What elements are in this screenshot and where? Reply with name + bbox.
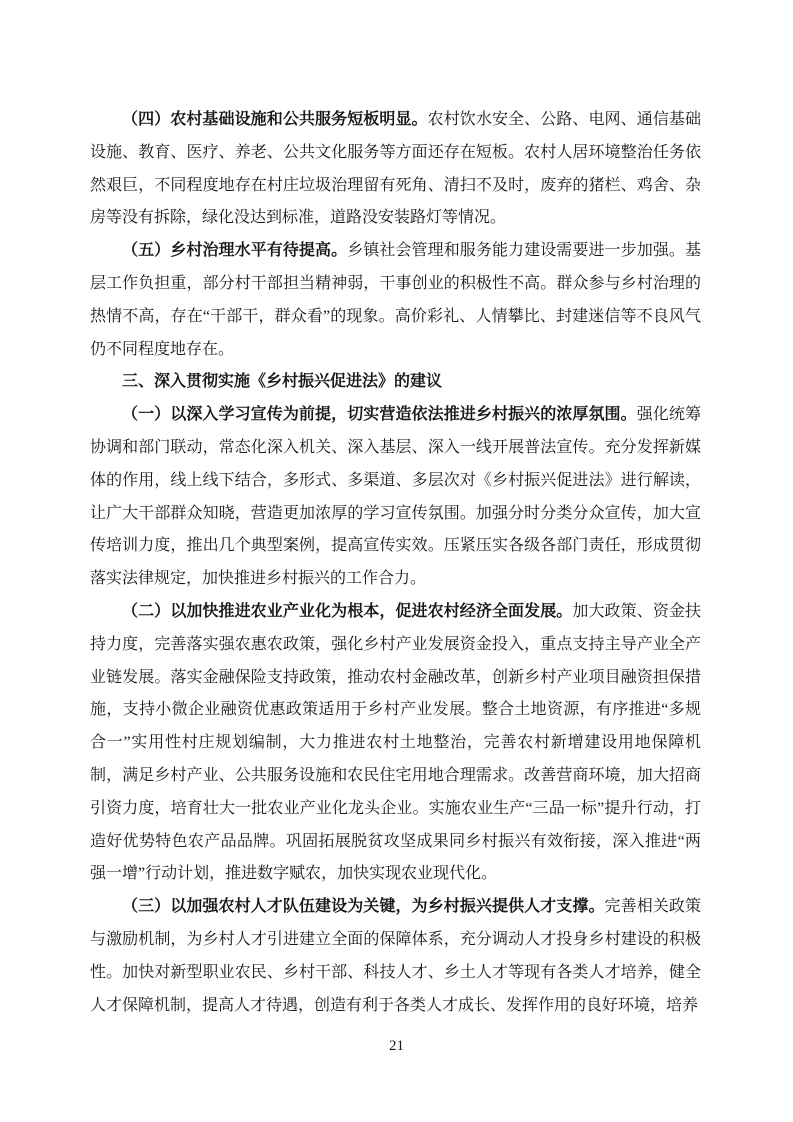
paragraph-sub2: （二）以加快推进农业产业化为根本，促进农村经济全面发展。加大政策、资金扶持力度，…: [90, 596, 701, 891]
paragraph-section4-body: 农村饮水安全、公路、电网、通信基础设施、教育、医疗、养老、公共文化服务等方面还存…: [90, 111, 701, 226]
paragraph-section4-lead: （四）农村基础设施和公共服务短板明显。: [122, 111, 428, 128]
paragraph-sub3-body: 完善相关政策与激励机制，为乡村人才引进建立全面的保障体系，充分调动人才投身乡村建…: [90, 898, 701, 1013]
paragraph-section5: （五）乡村治理水平有待提高。乡镇社会管理和服务能力建设需要进一步加强。基层工作负…: [90, 235, 701, 366]
paragraph-sub2-lead: （二）以加快推进农业产业化为根本，促进农村经济全面发展。: [122, 603, 572, 620]
paragraph-sub1-lead: （一）以深入学习宣传为前提，切实营造依法推进乡村振兴的浓厚氛围。: [122, 406, 637, 423]
paragraph-section5-body: 乡镇社会管理和服务能力建设需要进一步加强。基层工作负担重，部分村干部担当精神弱，…: [90, 242, 701, 357]
paragraph-sub3: （三）以加强农村人才队伍建设为关键，为乡村振兴提供人才支撑。完善相关政策与激励机…: [90, 891, 701, 1022]
paragraph-section4: （四）农村基础设施和公共服务短板明显。农村饮水安全、公路、电网、通信基础设施、教…: [90, 104, 701, 235]
document-page: （四）农村基础设施和公共服务短板明显。农村饮水安全、公路、电网、通信基础设施、教…: [0, 0, 793, 1122]
paragraph-sub1-body: 强化统筹协调和部门联动，常态化深入机关、深入基层、深入一线开展普法宣传。充分发挥…: [90, 406, 701, 587]
paragraph-section5-lead: （五）乡村治理水平有待提高。: [122, 242, 347, 259]
paragraph-sub2-body: 加大政策、资金扶持力度，完善落实强农惠农政策，强化乡村产业发展资金投入，重点支持…: [90, 603, 701, 882]
section-heading-3: 三、深入贯彻实施《乡村振兴促进法》的建议: [90, 366, 701, 399]
paragraph-sub1: （一）以深入学习宣传为前提，切实营造依法推进乡村振兴的浓厚氛围。强化统筹协调和部…: [90, 399, 701, 596]
page-number: 21: [0, 1038, 793, 1055]
document-body: （四）农村基础设施和公共服务短板明显。农村饮水安全、公路、电网、通信基础设施、教…: [90, 104, 701, 1022]
paragraph-sub3-lead: （三）以加强农村人才队伍建设为关键，为乡村振兴提供人才支撑。: [122, 898, 605, 915]
